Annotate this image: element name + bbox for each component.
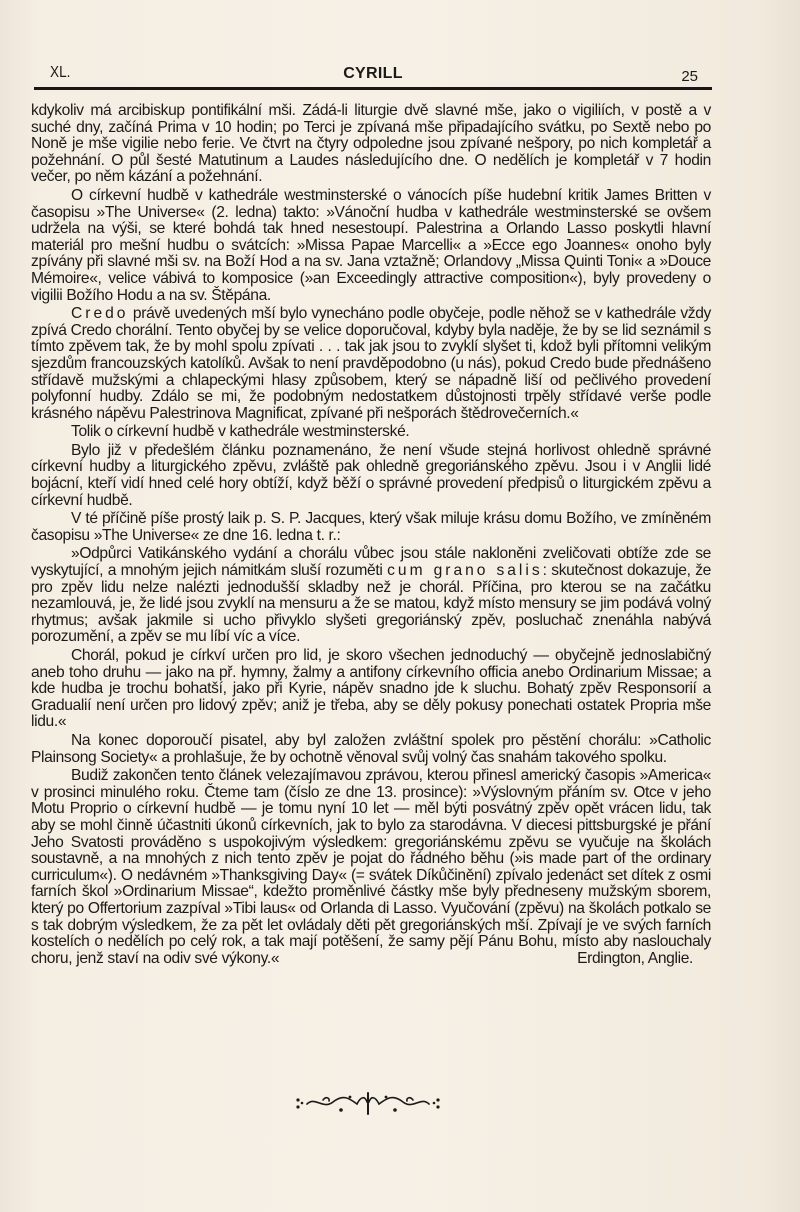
signature: Erdington, Anglie. [537, 951, 693, 968]
header-rule [34, 87, 712, 90]
ornament-icon [293, 1090, 443, 1116]
paragraph-5: Bylo již v předešlém článku poznamenáno,… [31, 443, 711, 509]
paragraph-3: Credo právě uvedených mší bylo vynecháno… [31, 306, 711, 422]
paragraph-1: kdykoliv má arcibiskup pontifikální mši.… [31, 103, 711, 186]
article-body: kdykoliv má arcibiskup pontifikální mši.… [31, 103, 711, 969]
journal-title: CYRILL [34, 65, 712, 83]
paragraph-8: Chorál, pokud je církví určen pro lid, j… [31, 648, 711, 731]
paragraph-10: Budiž zakončen tento článek velezajímavo… [31, 768, 711, 967]
running-header: XL. CYRILL 25 [34, 62, 712, 88]
paragraph-6: V té příčině píše prostý laik p. S. P. J… [31, 511, 711, 544]
spaced-emphasis: Credo [71, 305, 128, 322]
page-number: 25 [681, 68, 698, 85]
paragraph-7: »Odpůrci Vatikánského vydání a chorálu v… [31, 546, 711, 646]
paragraph-4: Tolik o církevní hudbě v kathedrále west… [31, 424, 711, 441]
paragraph-9: Na konec doporoučí pisatel, aby byl zalo… [31, 733, 711, 766]
spaced-emphasis: cum grano salis [387, 562, 543, 579]
paragraph-2: O církevní hudbě v kathedrále westminste… [31, 188, 711, 304]
